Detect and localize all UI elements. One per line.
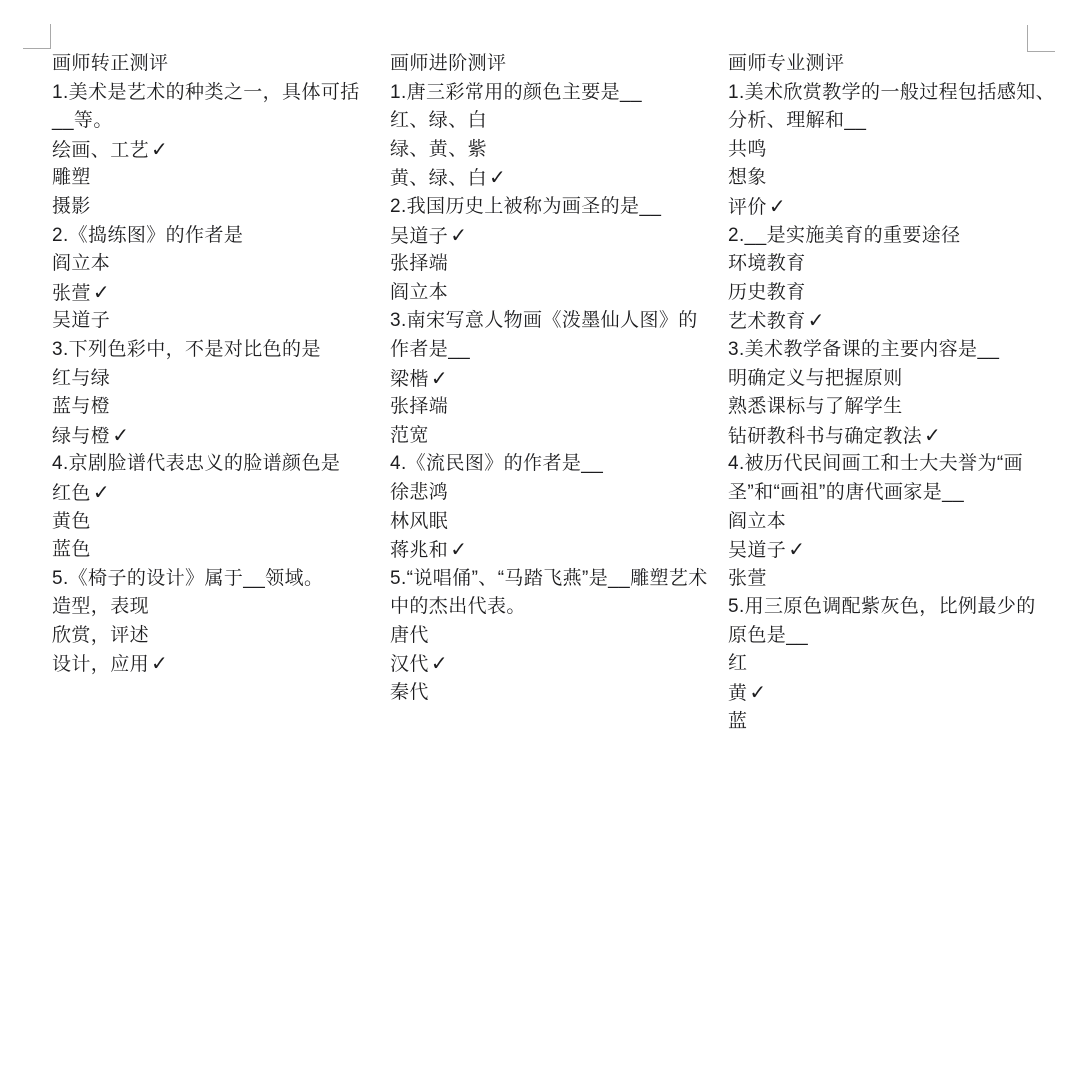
question-prompt-line: 4.《流民图》的作者是__ [390, 450, 706, 479]
answer-option: 绘画、工艺✓ [52, 136, 368, 165]
answer-option-label: 蒋兆和 [390, 540, 448, 561]
question-prompt-line: 分析、理解和__ [728, 107, 1046, 136]
answer-option-label: 红 [728, 653, 747, 674]
answer-option: 蓝 [728, 708, 1046, 737]
answer-option-label: 红、绿、白 [390, 110, 487, 131]
answer-option: 蓝与橙 [52, 393, 368, 422]
answer-option: 设计，应用✓ [52, 650, 368, 679]
answer-option: 艺术教育✓ [728, 307, 1046, 336]
answer-option-label: 蓝色 [52, 539, 91, 560]
answer-option: 红、绿、白 [390, 107, 706, 136]
answer-option: 熟悉课标与了解学生 [728, 393, 1046, 422]
answer-option-label: 吴道子 [390, 226, 448, 247]
answer-option-label: 梁楷 [390, 369, 429, 390]
answer-option-label: 蓝 [728, 711, 747, 732]
answer-option: 林风眠 [390, 508, 706, 537]
answer-option: 蒋兆和✓ [390, 536, 706, 565]
answer-option: 黄色 [52, 508, 368, 537]
answer-option-label: 绘画、工艺 [52, 140, 149, 161]
check-icon: ✓ [93, 482, 110, 504]
answer-option-label: 黄色 [52, 511, 91, 532]
answer-option-label: 设计，应用 [52, 654, 149, 675]
answer-option: 钻研教科书与确定教法✓ [728, 422, 1046, 451]
question-prompt-line: 作者是__ [390, 336, 706, 365]
answer-option-label: 唐代 [390, 625, 429, 646]
answer-option-label: 秦代 [390, 682, 429, 703]
quiz-column-advanced: 画师进阶测评 1.唐三彩常用的颜色主要是__红、绿、白绿、黄、紫黄、绿、白✓2.… [390, 50, 706, 708]
crop-mark-vertical-line [50, 24, 51, 49]
answer-option-label: 历史教育 [728, 282, 806, 303]
answer-option-label: 共鸣 [728, 139, 767, 160]
check-icon: ✓ [749, 682, 766, 704]
answer-option-label: 张择端 [390, 253, 448, 274]
answer-option-label: 红色 [52, 483, 91, 504]
question-prompt-line: 圣”和“画祖”的唐代画家是__ [728, 479, 1046, 508]
answer-option: 徐悲鸿 [390, 479, 706, 508]
question-prompt-line: 中的杰出代表。 [390, 593, 706, 622]
answer-option-label: 绿与橙 [52, 426, 110, 447]
quiz-column-professional: 画师专业测评 1.美术欣赏教学的一般过程包括感知、分析、理解和__共鸣想象评价✓… [728, 50, 1046, 736]
answer-option-label: 黄 [728, 683, 747, 704]
question-prompt-line: 原色是__ [728, 622, 1046, 651]
check-icon: ✓ [151, 139, 168, 161]
answer-option: 张择端 [390, 250, 706, 279]
check-icon: ✓ [450, 225, 467, 247]
answer-option: 秦代 [390, 679, 706, 708]
answer-option-label: 黄、绿、白 [390, 168, 487, 189]
answer-option: 黄、绿、白✓ [390, 164, 706, 193]
quiz-column-title: 画师专业测评 [728, 50, 1046, 79]
question-prompt-line: 2.《捣练图》的作者是 [52, 222, 368, 251]
answer-option-label: 造型，表现 [52, 596, 149, 617]
answer-option-label: 范宽 [390, 425, 429, 446]
answer-option: 蓝色 [52, 536, 368, 565]
check-icon: ✓ [788, 539, 805, 561]
answer-option: 张择端 [390, 393, 706, 422]
answer-option: 阎立本 [390, 279, 706, 308]
crop-mark-vertical-line [1027, 25, 1028, 52]
check-icon: ✓ [450, 539, 467, 561]
question-prompt-line: 4.被历代民间画工和士大夫誉为“画 [728, 450, 1046, 479]
check-icon: ✓ [112, 425, 129, 447]
question-list: 1.唐三彩常用的颜色主要是__红、绿、白绿、黄、紫黄、绿、白✓2.我国历史上被称… [390, 79, 706, 708]
answer-option-label: 蓝与橙 [52, 396, 110, 417]
answer-option: 阎立本 [52, 250, 368, 279]
question-prompt-line: 3.美术教学备课的主要内容是__ [728, 336, 1046, 365]
answer-option-label: 徐悲鸿 [390, 482, 448, 503]
answer-option-label: 评价 [728, 197, 767, 218]
check-icon: ✓ [431, 368, 448, 390]
question-prompt-line: 5.用三原色调配紫灰色，比例最少的 [728, 593, 1046, 622]
question-prompt-line: 2.我国历史上被称为画圣的是__ [390, 193, 706, 222]
answer-option: 历史教育 [728, 279, 1046, 308]
quiz-column-title: 画师进阶测评 [390, 50, 706, 79]
answer-option: 吴道子 [52, 307, 368, 336]
answer-option-label: 明确定义与把握原则 [728, 368, 903, 389]
answer-option-label: 吴道子 [52, 310, 110, 331]
check-icon: ✓ [924, 425, 941, 447]
answer-option: 吴道子✓ [728, 536, 1046, 565]
answer-option-label: 张萱 [52, 283, 91, 304]
answer-option: 欣赏，评述 [52, 622, 368, 651]
answer-option: 黄✓ [728, 679, 1046, 708]
check-icon: ✓ [808, 310, 825, 332]
answer-option: 绿、黄、紫 [390, 136, 706, 165]
answer-option: 阎立本 [728, 508, 1046, 537]
quiz-column-title: 画师转正测评 [52, 50, 368, 79]
check-icon: ✓ [151, 653, 168, 675]
answer-option-label: 阎立本 [390, 282, 448, 303]
answer-option-label: 汉代 [390, 654, 429, 675]
answer-option: 张萱✓ [52, 279, 368, 308]
question-prompt-line: 5.《椅子的设计》属于__领域。 [52, 565, 368, 594]
answer-option: 想象 [728, 164, 1046, 193]
answer-option-label: 想象 [728, 167, 767, 188]
question-prompt-line: 1.美术是艺术的种类之一，具体可括 [52, 79, 368, 108]
answer-option-label: 摄影 [52, 196, 91, 217]
check-icon: ✓ [769, 196, 786, 218]
question-prompt-line: 5.“说唱俑”、“马踏飞燕”是__雕塑艺术 [390, 565, 706, 594]
question-prompt-line: 2.__是实施美育的重要途径 [728, 222, 1046, 251]
answer-option: 摄影 [52, 193, 368, 222]
question-prompt-line: 1.美术欣赏教学的一般过程包括感知、 [728, 79, 1046, 108]
answer-option: 评价✓ [728, 193, 1046, 222]
question-prompt-line: 4.京剧脸谱代表忠义的脸谱颜色是 [52, 450, 368, 479]
answer-option-label: 林风眠 [390, 511, 448, 532]
answer-option-label: 张择端 [390, 396, 448, 417]
question-prompt-line: 3.南宋写意人物画《泼墨仙人图》的 [390, 307, 706, 336]
check-icon: ✓ [93, 282, 110, 304]
check-icon: ✓ [431, 653, 448, 675]
question-prompt-line: 1.唐三彩常用的颜色主要是__ [390, 79, 706, 108]
answer-option: 唐代 [390, 622, 706, 651]
question-prompt-line: __等。 [52, 107, 368, 136]
answer-option: 共鸣 [728, 136, 1046, 165]
check-icon: ✓ [489, 167, 506, 189]
answer-option: 红 [728, 650, 1046, 679]
answer-option-label: 钻研教科书与确定教法 [728, 426, 922, 447]
crop-mark-horizontal-line [23, 48, 51, 49]
answer-option: 绿与橙✓ [52, 422, 368, 451]
answer-option: 造型，表现 [52, 593, 368, 622]
answer-option-label: 张萱 [728, 568, 767, 589]
answer-option: 汉代✓ [390, 650, 706, 679]
answer-option: 吴道子✓ [390, 222, 706, 251]
answer-option-label: 艺术教育 [728, 311, 806, 332]
question-list: 1.美术欣赏教学的一般过程包括感知、分析、理解和__共鸣想象评价✓2.__是实施… [728, 79, 1046, 737]
answer-option-label: 阎立本 [728, 511, 786, 532]
answer-option-label: 雕塑 [52, 167, 91, 188]
answer-option-label: 红与绿 [52, 368, 110, 389]
answer-option-label: 吴道子 [728, 540, 786, 561]
answer-option: 红与绿 [52, 365, 368, 394]
answer-option: 梁楷✓ [390, 365, 706, 394]
answer-option-label: 环境教育 [728, 253, 806, 274]
question-prompt-line: 3.下列色彩中，不是对比色的是 [52, 336, 368, 365]
answer-option: 环境教育 [728, 250, 1046, 279]
answer-option: 雕塑 [52, 164, 368, 193]
question-list: 1.美术是艺术的种类之一，具体可括__等。绘画、工艺✓雕塑摄影2.《捣练图》的作… [52, 79, 368, 679]
answer-option: 张萱 [728, 565, 1046, 594]
answer-option-label: 阎立本 [52, 253, 110, 274]
answer-option-label: 绿、黄、紫 [390, 139, 487, 160]
quiz-column-regularization: 画师转正测评 1.美术是艺术的种类之一，具体可括__等。绘画、工艺✓雕塑摄影2.… [52, 50, 368, 679]
answer-option: 红色✓ [52, 479, 368, 508]
answer-option-label: 欣赏，评述 [52, 625, 149, 646]
answer-option: 明确定义与把握原则 [728, 365, 1046, 394]
answer-option: 范宽 [390, 422, 706, 451]
answer-option-label: 熟悉课标与了解学生 [728, 396, 903, 417]
